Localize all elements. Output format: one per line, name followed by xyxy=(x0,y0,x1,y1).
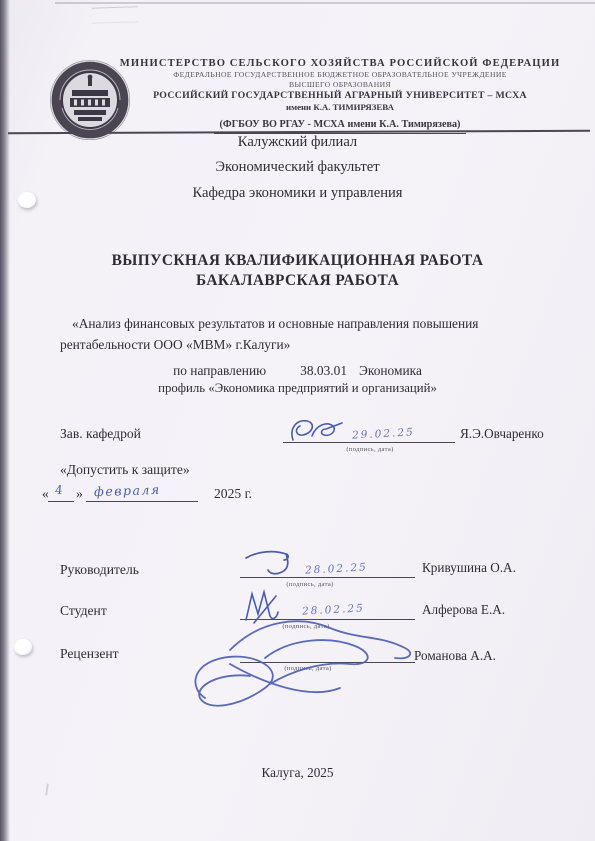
admit-day-line xyxy=(48,500,74,502)
student-name: Алферова Е.А. xyxy=(422,602,505,618)
direction-code: 38.03.01 xyxy=(300,363,347,378)
profile-line: профиль «Экономика предприятий и организ… xyxy=(0,381,595,396)
branch-name: Калужский филиал xyxy=(0,134,595,151)
head-name: Я.Э.Овчаренко xyxy=(460,426,544,442)
work-subtype-title: БАКАЛАВРСКАЯ РАБОТА xyxy=(0,272,595,290)
admit-day-handwritten: 4 xyxy=(54,483,63,498)
admit-month-handwritten: февраля xyxy=(94,482,161,499)
supervisor-name: Кривушина О.А. xyxy=(422,560,516,576)
city-year-footer: Калуга, 2025 xyxy=(0,765,595,781)
head-of-department-label: Зав. кафедрой xyxy=(60,426,141,442)
admit-to-defense-label: «Допустить к защите» xyxy=(60,462,190,478)
department-name: Кафедра экономики и управления xyxy=(0,185,595,202)
founder-line-2: ВЫСШЕГО ОБРАЗОВАНИЯ xyxy=(110,80,570,89)
thesis-title: «Анализ финансовых результатов и основны… xyxy=(60,314,546,356)
ink-smudge xyxy=(45,784,55,797)
founder-line-1: ФЕДЕРАЛЬНОЕ ГОСУДАРСТВЕННОЕ БЮДЖЕТНОЕ ОБ… xyxy=(110,70,570,79)
direction-label: по направлению xyxy=(173,363,266,378)
faculty-name: Экономический факультет xyxy=(0,159,595,176)
direction-name: Экономика xyxy=(359,363,422,378)
admit-month-line xyxy=(86,500,198,502)
scanned-thesis-title-page: МИНИСТЕРСТВО СЕЛЬСКОГО ХОЗЯЙСТВА РОССИЙС… xyxy=(0,0,595,841)
reviewer-label: Рецензент xyxy=(60,646,119,662)
ministry-line: МИНИСТЕРСТВО СЕЛЬСКОГО ХОЗЯЙСТВА РОССИЙС… xyxy=(110,57,570,70)
university-name: РОССИЙСКИЙ ГОСУДАРСТВЕННЫЙ АГРАРНЫЙ УНИВ… xyxy=(110,90,570,102)
letterhead: МИНИСТЕРСТВО СЕЛЬСКОГО ХОЗЯЙСТВА РОССИЙС… xyxy=(110,57,570,134)
reviewer-signature xyxy=(170,580,430,735)
work-type-title: ВЫПУСКНАЯ КВАЛИФИКАЦИОННАЯ РАБОТА xyxy=(0,252,595,270)
hole-punch-bottom xyxy=(14,639,32,655)
scan-edge-shadow xyxy=(0,0,10,841)
supervisor-label: Руководитель xyxy=(60,562,139,578)
scan-top-edge xyxy=(55,2,595,4)
named-after-line: имени К.А. ТИМИРЯЗЕВА xyxy=(110,102,570,113)
day-quote-close: » xyxy=(76,486,83,502)
student-label: Студент xyxy=(60,603,107,619)
pencil-mark xyxy=(92,6,139,24)
admit-year: 2025 г. xyxy=(214,486,252,502)
head-signature-caption: (подпись, дата) xyxy=(300,446,440,453)
direction-line: по направлению38.03.01Экономика xyxy=(0,363,595,379)
